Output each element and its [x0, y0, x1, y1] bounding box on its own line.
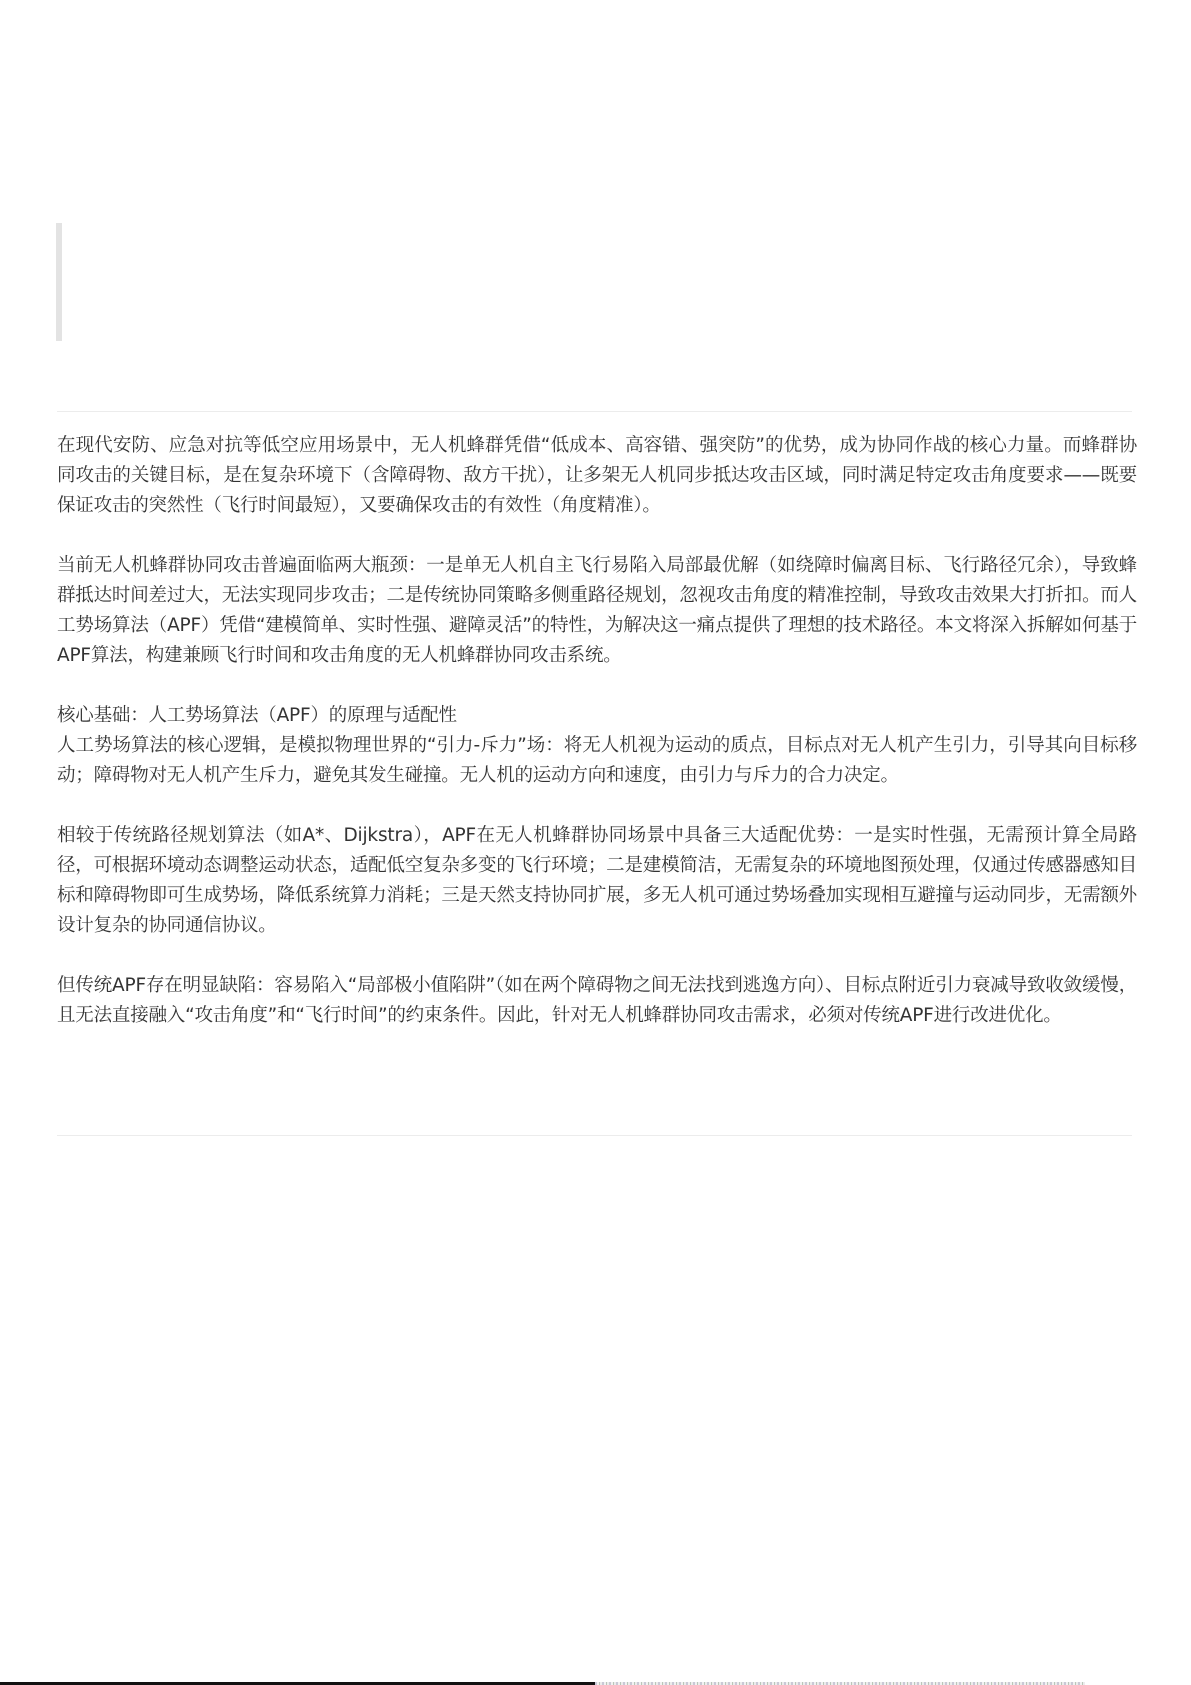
paragraph-problem: 当前无人机蜂群协同攻击普遍面临两大瓶颈：一是单无人机自主飞行易陷入局部最优解（如…	[57, 551, 1137, 671]
paragraph-apf-limitations: 但传统APF存在明显缺陷：容易陷入“局部极小值陷阱”（如在两个障碍物之间无法找到…	[57, 971, 1137, 1031]
section-divider-top	[57, 411, 1132, 412]
section-divider-bottom	[57, 1135, 1132, 1136]
section-apf-basics: 核心基础：人工势场算法（APF）的原理与适配性 人工势场算法的核心逻辑，是模拟物…	[57, 701, 1137, 791]
paragraph-apf-advantages: 相较于传统路径规划算法（如A*、Dijkstra），APF在无人机蜂群协同场景中…	[57, 821, 1137, 941]
paragraph-intro: 在现代安防、应急对抗等低空应用场景中，无人机蜂群凭借“低成本、高容错、强突防”的…	[57, 431, 1137, 521]
blockquote-bar	[56, 223, 62, 341]
article-body: 在现代安防、应急对抗等低空应用场景中，无人机蜂群凭借“低成本、高容错、强突防”的…	[57, 431, 1137, 1061]
section-heading: 核心基础：人工势场算法（APF）的原理与适配性	[57, 701, 1137, 731]
paragraph-apf-principle: 人工势场算法的核心逻辑，是模拟物理世界的“引力-斥力”场：将无人机视为运动的质点…	[57, 735, 1137, 786]
